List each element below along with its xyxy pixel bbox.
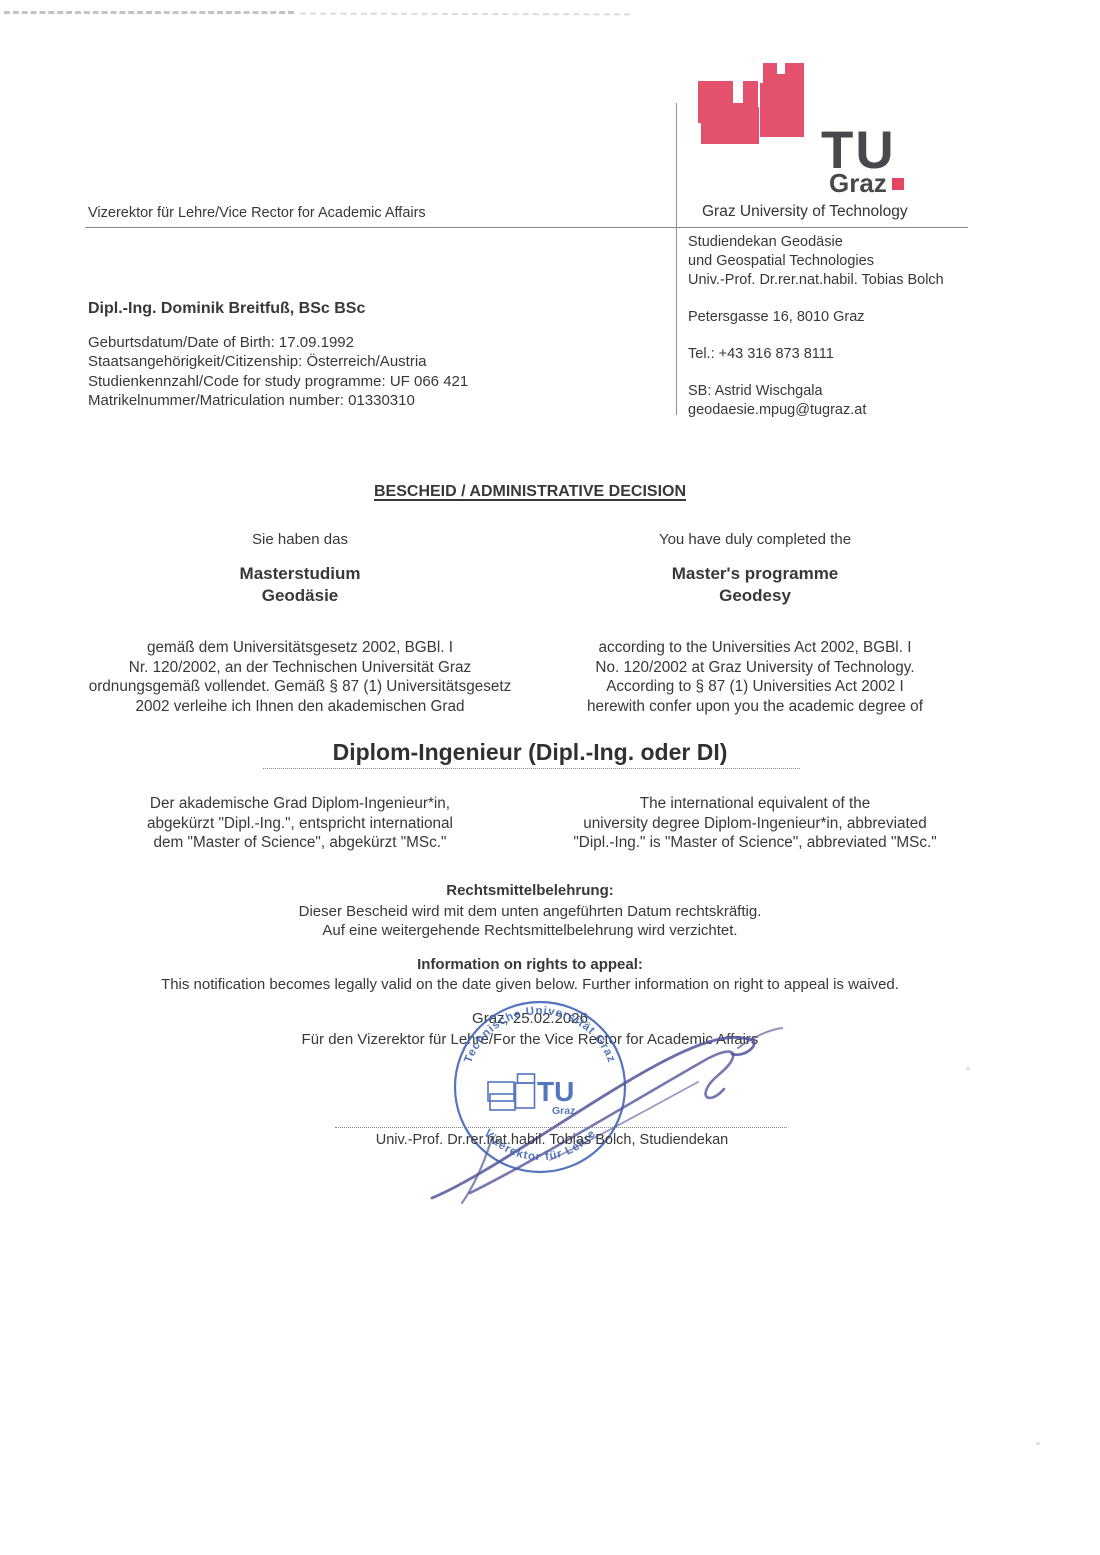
recipient-matriculation: Matrikelnummer/Matriculation number: 013… (88, 391, 468, 410)
scan-artifact-dashes (4, 11, 294, 14)
decision-title: BESCHEID / ADMINISTRATIVE DECISION (70, 483, 990, 501)
department-line: Vizerektor für Lehre/Vice Rector for Aca… (88, 205, 426, 221)
logo-caption: Graz University of Technology (702, 203, 908, 221)
tu-graz-logo: TU Graz Graz University of Technology (695, 58, 975, 168)
recipient-details: Geburtsdatum/Date of Birth: 17.09.1992 S… (88, 333, 468, 410)
appeal-section: Rechtsmittelbelehrung: Dieser Bescheid w… (70, 881, 990, 995)
stamp-graz-text: Graz (552, 1105, 575, 1117)
recipient-name: Dipl.-Ing. Dominik Breitfuß, BSc BSc (88, 300, 365, 318)
contact-block: Studiendekan Geodäsie und Geospatial Tec… (688, 233, 988, 438)
place-date: Graz, 25.02.2026 (70, 1010, 990, 1027)
logo-graz-text: Graz (829, 170, 887, 196)
equivalence-en: The international equivalent of the univ… (535, 794, 975, 853)
contact-line: Studiendekan Geodäsie (688, 233, 988, 252)
law-paragraph-en: according to the Universities Act 2002, … (535, 638, 975, 716)
appeal-title-en: Information on rights to appeal: (70, 955, 990, 975)
appeal-title-de: Rechtsmittelbelehrung: (70, 881, 990, 901)
scan-speck (966, 1067, 970, 1070)
contact-clerk: SB: Astrid Wischgala (688, 382, 988, 401)
programme-en: Master's programme Geodesy (535, 563, 975, 607)
appeal-body-de: Dieser Bescheid wird mit dem unten angef… (70, 902, 990, 941)
recipient-citizenship: Staatsangehörigkeit/Citizenship: Österre… (88, 352, 468, 371)
stamp-tu-mark-icon (488, 1074, 535, 1110)
intro-de: Sie haben das (55, 531, 545, 548)
handwritten-signature-icon (432, 1028, 782, 1203)
recipient-study-code: Studienkennzahl/Code for study programme… (88, 372, 468, 391)
on-behalf-line: Für den Vizerektor für Lehre/For the Vic… (70, 1031, 990, 1048)
document-page: TU Graz Graz University of Technology Vi… (0, 0, 1100, 1555)
intro-en: You have duly completed the (535, 531, 975, 548)
degree-title: Diplom-Ingenieur (Dipl.-Ing. oder DI) (230, 739, 830, 766)
contact-email: geodaesie.mpug@tugraz.at (688, 401, 988, 420)
signer-name: Univ.-Prof. Dr.rer.nat.habil. Tobias Bol… (322, 1132, 782, 1148)
signature-line (335, 1127, 787, 1128)
degree-underline (263, 768, 800, 769)
contact-line: Univ.-Prof. Dr.rer.nat.habil. Tobias Bol… (688, 271, 988, 290)
column-divider (676, 103, 677, 415)
appeal-body-en: This notification becomes legally valid … (70, 975, 990, 995)
tu-graz-logo-mark-icon (697, 61, 807, 147)
programme-de: Masterstudium Geodäsie (55, 563, 545, 607)
contact-address: Petersgasse 16, 8010 Graz (688, 308, 988, 327)
contact-line: und Geospatial Technologies (688, 252, 988, 271)
scan-speck (1036, 1442, 1040, 1445)
law-paragraph-de: gemäß dem Universitätsgesetz 2002, BGBl.… (55, 638, 545, 716)
contact-phone: Tel.: +43 316 873 8111 (688, 345, 988, 364)
stamp-tu-text: TU (537, 1076, 574, 1107)
scan-artifact-dashes (300, 13, 630, 16)
logo-red-square-icon (892, 178, 904, 190)
header-rule (85, 227, 968, 228)
recipient-birth: Geburtsdatum/Date of Birth: 17.09.1992 (88, 333, 468, 352)
equivalence-de: Der akademische Grad Diplom-Ingenieur*in… (55, 794, 545, 853)
